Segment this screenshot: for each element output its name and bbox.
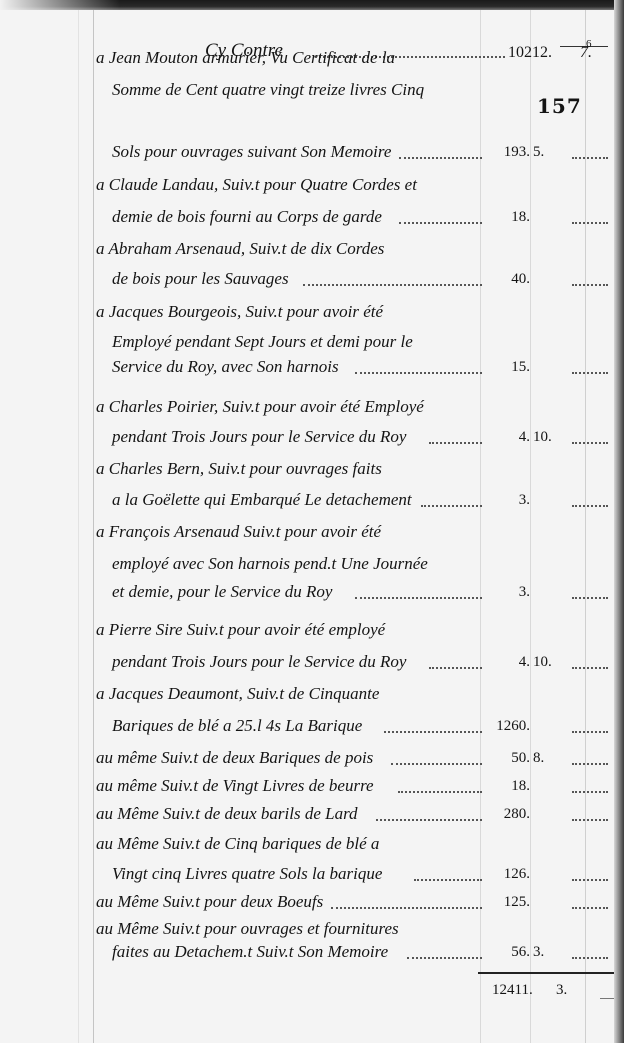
amount-sols: 8. xyxy=(533,750,569,767)
entry-text: employé avec Son harnois pend.t Une Jour… xyxy=(112,554,428,574)
entry-line: au Même Suiv.t pour deux Boeufs125. xyxy=(0,890,614,920)
amount-livres: 50. xyxy=(482,750,530,767)
dotted-leader xyxy=(384,731,482,733)
entry-text: Sols pour ouvrages suivant Son Memoire xyxy=(112,142,391,162)
entry-text: a Pierre Sire Suiv.t pour avoir été empl… xyxy=(96,620,385,640)
total-rule xyxy=(478,972,614,974)
entry-text: au Même Suiv.t pour ouvrages et fournitu… xyxy=(96,919,399,939)
amount-livres: 40. xyxy=(482,271,530,288)
dotted-leader xyxy=(572,731,608,733)
entry-text: a Charles Poirier, Suiv.t pour avoir été… xyxy=(96,397,424,417)
entry-line: Sols pour ouvrages suivant Son Memoire19… xyxy=(0,140,614,170)
dotted-leader xyxy=(572,284,608,286)
entry-line: demie de bois fourni au Corps de garde18… xyxy=(0,205,614,235)
entry-line: a Jacques Deaumont, Suiv.t de Cinquante xyxy=(0,682,614,712)
amount-livres: 126. xyxy=(482,866,530,883)
dotted-leader xyxy=(572,819,608,821)
entry-line: a Abraham Arsenaud, Suiv.t de dix Cordes xyxy=(0,237,614,267)
amount-livres: 15. xyxy=(482,359,530,376)
dotted-leader xyxy=(303,284,482,286)
amount-sols: 5. xyxy=(533,144,569,161)
ledger-page: Cy Contre 10212. 6 7. 157 a Jean Mouton … xyxy=(0,10,614,1043)
amount-livres: 56. xyxy=(482,944,530,961)
total-sols: 3. xyxy=(556,982,567,999)
total-tick xyxy=(600,998,614,999)
amount-livres: 193. xyxy=(482,144,530,161)
entry-text: a François Arsenaud Suiv.t pour avoir ét… xyxy=(96,522,381,542)
total-livres: 12411. xyxy=(492,982,533,999)
amount-livres: 125. xyxy=(482,894,530,911)
amount-livres: 18. xyxy=(482,209,530,226)
entry-text: a Jacques Bourgeois, Suiv.t pour avoir é… xyxy=(96,302,383,322)
entry-text: Vingt cinq Livres quatre Sols la barique xyxy=(112,864,382,884)
entry-line: Bariques de blé a 25.l 4s La Barique1260… xyxy=(0,714,614,744)
dotted-leader xyxy=(391,763,482,765)
binding-edge xyxy=(614,0,624,1043)
entry-line: au Même Suiv.t de deux barils de Lard280… xyxy=(0,802,614,832)
dotted-leader xyxy=(398,791,482,793)
dotted-leader xyxy=(572,372,608,374)
entry-line: au Même Suiv.t de Cinq bariques de blé a xyxy=(0,832,614,862)
amount-livres: 4. xyxy=(482,429,530,446)
dotted-leader xyxy=(572,957,608,959)
amount-livres: 18. xyxy=(482,778,530,795)
entry-text: a la Goëlette qui Embarqué Le detachemen… xyxy=(112,490,412,510)
entry-text: au même Suiv.t de Vingt Livres de beurre xyxy=(96,776,374,796)
dotted-leader xyxy=(572,763,608,765)
dotted-leader xyxy=(572,879,608,881)
amount-livres: 3. xyxy=(482,492,530,509)
entry-line: a Jean Mouton armurier, Vu Certificat de… xyxy=(0,46,614,76)
entry-line: a Charles Poirier, Suiv.t pour avoir été… xyxy=(0,395,614,425)
dotted-leader xyxy=(572,505,608,507)
entry-line: de bois pour les Sauvages40. xyxy=(0,267,614,297)
entry-text: a Claude Landau, Suiv.t pour Quatre Cord… xyxy=(96,175,417,195)
dotted-leader xyxy=(572,442,608,444)
dotted-leader xyxy=(429,442,482,444)
entry-line: pendant Trois Jours pour le Service du R… xyxy=(0,650,614,680)
dotted-leader xyxy=(331,907,482,909)
amount-sols: 3. xyxy=(533,944,569,961)
dotted-leader xyxy=(572,791,608,793)
entry-line: a la Goëlette qui Embarqué Le detachemen… xyxy=(0,488,614,518)
entry-line: employé avec Son harnois pend.t Une Jour… xyxy=(0,552,614,582)
dotted-leader xyxy=(399,222,482,224)
amount-livres: 280. xyxy=(482,806,530,823)
entry-text: au même Suiv.t de deux Bariques de pois xyxy=(96,748,373,768)
entry-line: Somme de Cent quatre vingt treize livres… xyxy=(0,78,614,108)
entry-line: a François Arsenaud Suiv.t pour avoir ét… xyxy=(0,520,614,550)
dotted-leader xyxy=(355,597,482,599)
entry-line: a Jacques Bourgeois, Suiv.t pour avoir é… xyxy=(0,300,614,330)
entry-text: a Jean Mouton armurier, Vu Certificat de… xyxy=(96,48,395,68)
dotted-leader xyxy=(572,907,608,909)
entry-text: a Jacques Deaumont, Suiv.t de Cinquante xyxy=(96,684,379,704)
amount-livres: 3. xyxy=(482,584,530,601)
dotted-leader xyxy=(399,157,482,159)
dotted-leader xyxy=(407,957,482,959)
dotted-leader xyxy=(572,157,608,159)
entry-text: a Abraham Arsenaud, Suiv.t de dix Cordes xyxy=(96,239,384,259)
entry-line: et demie, pour le Service du Roy3. xyxy=(0,580,614,610)
dotted-leader xyxy=(572,667,608,669)
dotted-leader xyxy=(355,372,482,374)
entry-text: au Même Suiv.t de Cinq bariques de blé a xyxy=(96,834,379,854)
entry-line: faites au Detachem.t Suiv.t Son Memoire5… xyxy=(0,940,614,970)
dotted-leader xyxy=(414,879,482,881)
entry-line: a Pierre Sire Suiv.t pour avoir été empl… xyxy=(0,618,614,648)
entry-line: au même Suiv.t de Vingt Livres de beurre… xyxy=(0,774,614,804)
entry-line: Vingt cinq Livres quatre Sols la barique… xyxy=(0,862,614,892)
entry-text: et demie, pour le Service du Roy xyxy=(112,582,332,602)
entry-text: Somme de Cent quatre vingt treize livres… xyxy=(112,80,424,100)
entry-line: au même Suiv.t de deux Bariques de pois5… xyxy=(0,746,614,776)
entry-line: a Claude Landau, Suiv.t pour Quatre Cord… xyxy=(0,173,614,203)
dotted-leader xyxy=(429,667,482,669)
entry-text: au Même Suiv.t pour deux Boeufs xyxy=(96,892,323,912)
entry-text: a Charles Bern, Suiv.t pour ouvrages fai… xyxy=(96,459,382,479)
amount-livres: 4. xyxy=(482,654,530,671)
amount-livres: 1260. xyxy=(482,718,530,735)
entry-text: au Même Suiv.t de deux barils de Lard xyxy=(96,804,358,824)
dotted-leader xyxy=(572,222,608,224)
entry-text: demie de bois fourni au Corps de garde xyxy=(112,207,382,227)
entry-text: pendant Trois Jours pour le Service du R… xyxy=(112,427,406,447)
entry-text: Bariques de blé a 25.l 4s La Barique xyxy=(112,716,362,736)
amount-sols: 10. xyxy=(533,429,569,446)
dotted-leader xyxy=(376,819,482,821)
entry-text: Service du Roy, avec Son harnois xyxy=(112,357,339,377)
entry-text: de bois pour les Sauvages xyxy=(112,269,289,289)
entry-text: Employé pendant Sept Jours et demi pour … xyxy=(112,332,413,352)
entry-line: a Charles Bern, Suiv.t pour ouvrages fai… xyxy=(0,457,614,487)
entry-line: pendant Trois Jours pour le Service du R… xyxy=(0,425,614,455)
dotted-leader xyxy=(421,505,482,507)
dotted-leader xyxy=(572,597,608,599)
entry-text: faites au Detachem.t Suiv.t Son Memoire xyxy=(112,942,388,962)
entry-text: pendant Trois Jours pour le Service du R… xyxy=(112,652,406,672)
amount-sols: 10. xyxy=(533,654,569,671)
entry-line: Service du Roy, avec Son harnois15. xyxy=(0,355,614,385)
